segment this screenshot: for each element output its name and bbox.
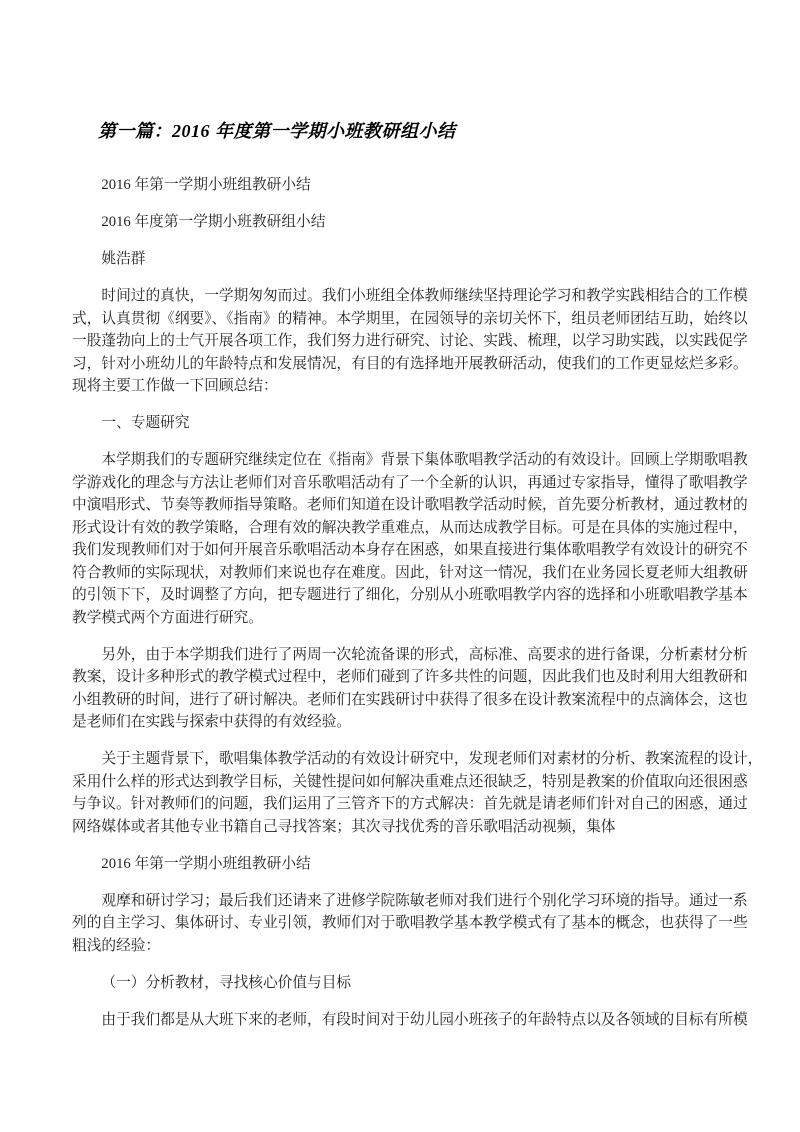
text-line: 时间过的真快，一学期匆匆而过。我们小班组全体教师继续坚持理论学习和教学实践相结合… <box>72 285 748 308</box>
subtitle-1: 2016 年第一学期小班组教研小结 <box>72 174 748 197</box>
text-line: 形式设计有效的教学策略，合理有效的解决教学重难点，从而达成教学目标。可是在具体的… <box>72 517 748 540</box>
author-name: 姚浩群 <box>72 248 748 271</box>
section-heading-1: 一、专题研究 <box>72 412 748 435</box>
text-line: 现将主要工作做一下回顾总结： <box>72 375 748 398</box>
paragraph-lesson-prep: 另外，由于本学期我们进行了两周一次轮流备课的形式，高标准、高要求的进行备课，分析… <box>72 644 748 734</box>
text-line: 2016 年第一学期小班组教研小结 <box>72 853 748 876</box>
text-line: 学游戏化的理念与方法让老师们对音乐歌唱活动有了一个全新的认识，再通过专家指导，懂… <box>72 472 748 495</box>
text-line: 一股蓬勃向上的士气开展各项工作，我们努力进行研究、讨论、实践、梳理，以学习助实践… <box>72 330 748 353</box>
text-line: 2016 年度第一学期小班教研组小结 <box>72 211 748 234</box>
section-heading-2: （一）分析教材，寻找核心价值与目标 <box>72 972 748 995</box>
paragraph-theme-background: 关于主题背景下，歌唱集体教学活动的有效设计研究中，发现老师们对素材的分析、教案流… <box>72 748 748 838</box>
text-line: 与争议。针对教师们的问题，我们运用了三管齐下的方式解决：首先就是请老师们针对自己… <box>72 793 748 816</box>
document-body: 第一篇：2016 年度第一学期小班教研组小结 2016 年第一学期小班组教研小结… <box>0 0 800 1031</box>
text-line: 2016 年第一学期小班组教研小结 <box>72 174 748 197</box>
subtitle-2: 2016 年度第一学期小班教研组小结 <box>72 211 748 234</box>
subtitle-repeat: 2016 年第一学期小班组教研小结 <box>72 853 748 876</box>
text-line: 是老师们在实践与探索中获得的有效经验。 <box>72 711 748 734</box>
paragraph-final: 由于我们都是从大班下来的老师，有段时间对于幼儿园小班孩子的年龄特点以及各领域的目… <box>72 1009 748 1032</box>
paragraph-topic-research: 本学期我们的专题研究继续定位在《指南》背景下集体歌唱教学活动的有效设计。回顾上学… <box>72 449 748 629</box>
page-title: 第一篇：2016 年度第一学期小班教研组小结 <box>72 118 748 144</box>
text-line: 的引领下下，及时调整了方向，把专题进行了细化，分别从小班歌唱教学内容的选择和小班… <box>72 584 748 607</box>
text-line: 列的自主学习、集体研讨、专业引领，教师们对于歌唱教学基本教学模式有了基本的概念，… <box>72 912 748 935</box>
text-line: 式，认真贯彻《纲要》、《指南》的精神。本学期里，在园领导的亲切关怀下，组员老师团… <box>72 308 748 331</box>
text-line: 关于主题背景下，歌唱集体教学活动的有效设计研究中，发现老师们对素材的分析、教案流… <box>72 748 748 771</box>
text-line: 观摩和研讨学习；最后我们还请来了进修学院陈敏老师对我们进行个别化学习环境的指导。… <box>72 890 748 913</box>
text-line: 网络媒体或者其他专业书籍自己寻找答案；其次寻找优秀的音乐歌唱活动视频，集体 <box>72 816 748 839</box>
text-line: 采用什么样的形式达到教学目标，关键性提问如何解决重难点还很缺乏，特别是教案的价值… <box>72 771 748 794</box>
paragraph-overview: 时间过的真快，一学期匆匆而过。我们小班组全体教师继续坚持理论学习和教学实践相结合… <box>72 285 748 398</box>
text-line: 由于我们都是从大班下来的老师，有段时间对于幼儿园小班孩子的年龄特点以及各领域的目… <box>72 1009 748 1032</box>
text-line: 第一篇：2016 年度第一学期小班教研组小结 <box>72 118 748 144</box>
text-line: （一）分析教材，寻找核心价值与目标 <box>72 972 748 995</box>
text-line: 粗浅的经验： <box>72 935 748 958</box>
text-line: 符合教师的实际现状，对教师们来说也存在难度。因此，针对这一情况，我们在业务园长夏… <box>72 562 748 585</box>
text-line: 我们发现教师们对于如何开展音乐歌唱活动本身存在困惑，如果直接进行集体歌唱教学有效… <box>72 539 748 562</box>
text-line: 姚浩群 <box>72 248 748 271</box>
paragraph-observation: 观摩和研讨学习；最后我们还请来了进修学院陈敏老师对我们进行个别化学习环境的指导。… <box>72 890 748 958</box>
text-line: 本学期我们的专题研究继续定位在《指南》背景下集体歌唱教学活动的有效设计。回顾上学… <box>72 449 748 472</box>
text-line: 小组教研的时间，进行了研讨解决。老师们在实践研讨中获得了很多在设计教案流程中的点… <box>72 689 748 712</box>
text-line: 教学模式两个方面进行研究。 <box>72 607 748 630</box>
text-line: 习，针对小班幼儿的年龄特点和发展情况，有目的有选择地开展教研活动，使我们的工作更… <box>72 353 748 376</box>
text-line: 教案，设计多种形式的教学模式过程中，老师们碰到了许多共性的问题，因此我们也及时利… <box>72 666 748 689</box>
text-line: 另外，由于本学期我们进行了两周一次轮流备课的形式，高标准、高要求的进行备课，分析… <box>72 644 748 667</box>
text-line: 中演唱形式、节奏等教师指导策略。老师们知道在设计歌唱教学活动时候，首先要分析教材… <box>72 494 748 517</box>
text-line: 一、专题研究 <box>72 412 748 435</box>
document-page: 第一篇：2016 年度第一学期小班教研组小结 2016 年第一学期小班组教研小结… <box>0 0 800 1132</box>
